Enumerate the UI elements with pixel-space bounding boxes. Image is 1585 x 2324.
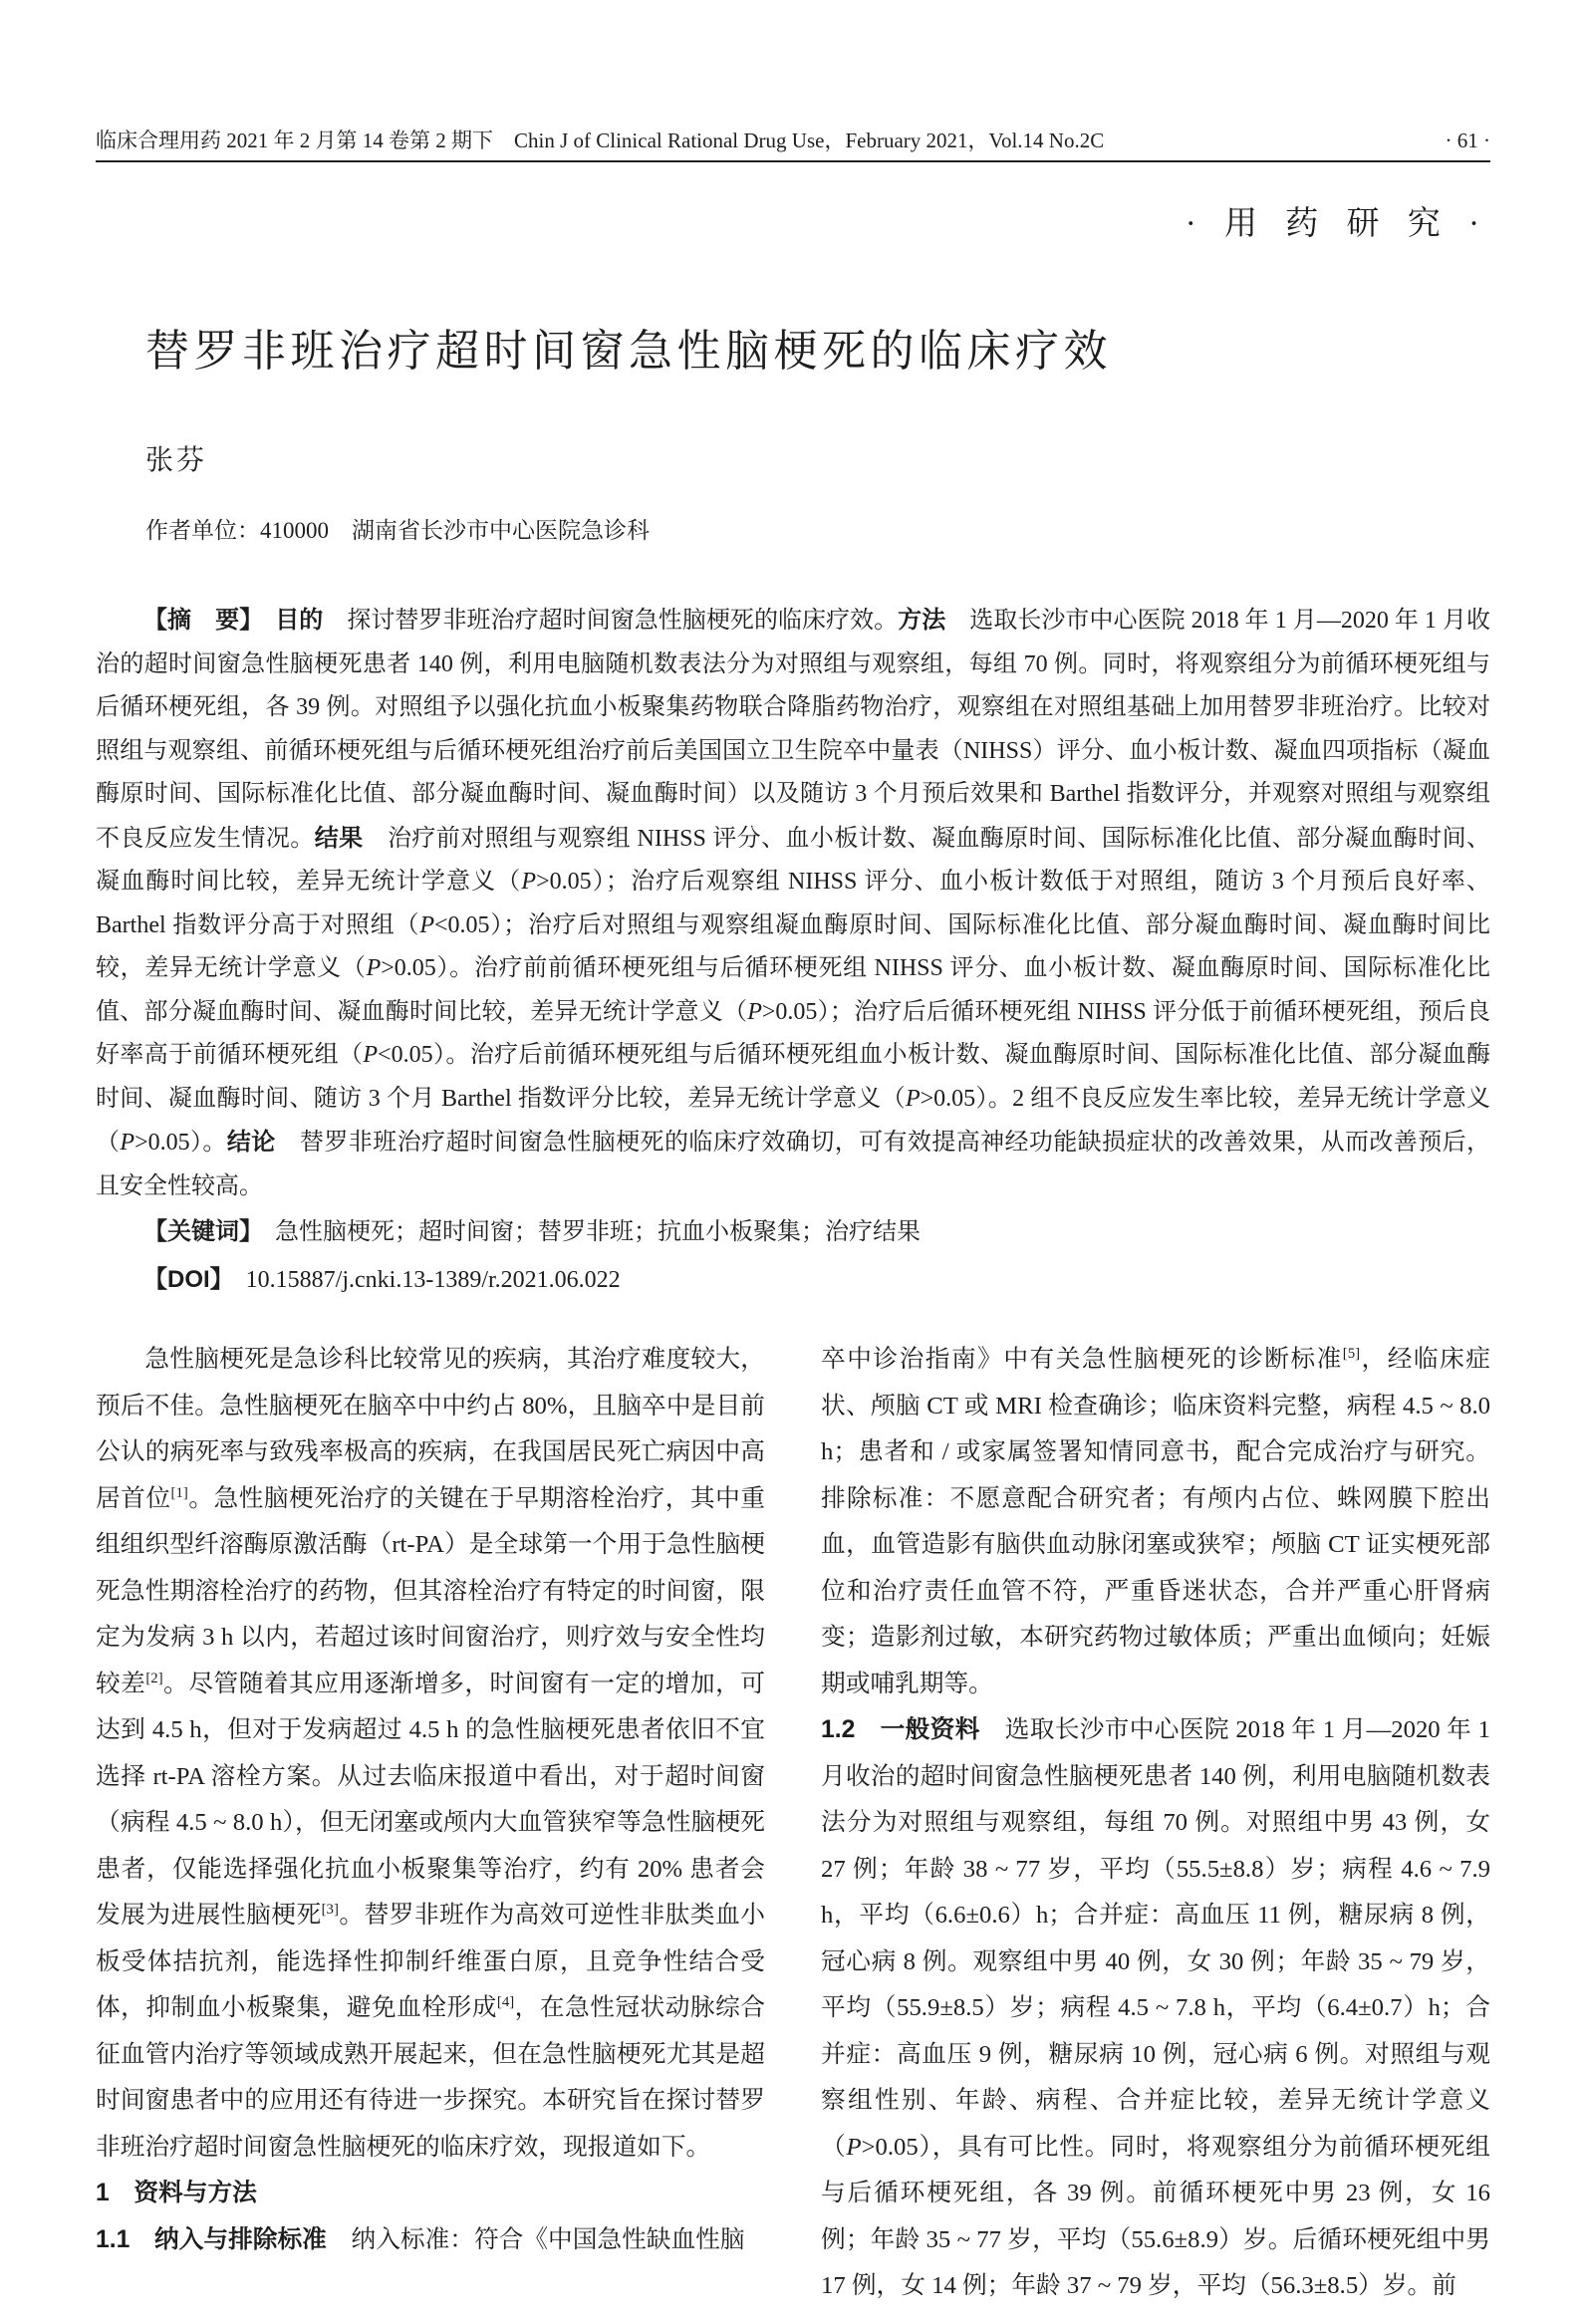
author-name: 张芬 xyxy=(145,438,207,478)
section-heading-materials-methods: 1 资料与方法 xyxy=(96,2171,765,2217)
criteria-continuation-paragraph: 卒中诊治指南》中有关急性脑梗死的诊断标准[5]，经临床症状、颅脑 CT 或 MR… xyxy=(821,1337,1490,1707)
journal-page: 临床合理用药 2021 年 2 月第 14 卷第 2 期下 Chin J of … xyxy=(0,0,1585,2324)
body-columns: 急性脑梗死是急诊科比较常见的疾病，其治疗难度较大，预后不佳。急性脑梗死在脑卒中中… xyxy=(96,1337,1490,2310)
general-data-paragraph: 1.2 一般资料 选取长沙市中心医院 2018 年 1 月—2020 年 1 月… xyxy=(821,1707,1490,2310)
intro-paragraph: 急性脑梗死是急诊科比较常见的疾病，其治疗难度较大，预后不佳。急性脑梗死在脑卒中中… xyxy=(96,1337,765,2171)
abstract-paragraph: 【摘 要】 目的 探讨替罗非班治疗超时间窗急性脑梗死的临床疗效。方法 选取长沙市… xyxy=(96,599,1490,1208)
section-label: · 用 药 研 究 · xyxy=(1186,197,1489,244)
front-matter: 【摘 要】 目的 探讨替罗非班治疗超时间窗急性脑梗死的临床疗效。方法 选取长沙市… xyxy=(96,599,1490,1304)
author-affiliation: 作者单位：410000 湖南省长沙市中心医院急诊科 xyxy=(145,512,650,545)
keywords-line: 【关键词】 急性脑梗死；超时间窗；替罗非班；抗血小板聚集；治疗结果 xyxy=(96,1208,1490,1256)
subsection-inclusion-criteria: 1.1 纳入与排除标准 纳入标准：符合《中国急性缺血性脑 xyxy=(96,2217,765,2264)
journal-citation: 临床合理用药 2021 年 2 月第 14 卷第 2 期下 Chin J of … xyxy=(96,125,1104,154)
page-header: 临床合理用药 2021 年 2 月第 14 卷第 2 期下 Chin J of … xyxy=(96,125,1490,154)
right-column: 卒中诊治指南》中有关急性脑梗死的诊断标准[5]，经临床症状、颅脑 CT 或 MR… xyxy=(821,1337,1490,2310)
article-title: 替罗非班治疗超时间窗急性脑梗死的临床疗效 xyxy=(145,315,1112,379)
header-rule xyxy=(96,160,1490,162)
doi-line: 【DOI】 10.15887/j.cnki.13-1389/r.2021.06.… xyxy=(96,1256,1490,1304)
page-number: · 61 · xyxy=(1446,129,1491,153)
left-column: 急性脑梗死是急诊科比较常见的疾病，其治疗难度较大，预后不佳。急性脑梗死在脑卒中中… xyxy=(96,1337,765,2310)
